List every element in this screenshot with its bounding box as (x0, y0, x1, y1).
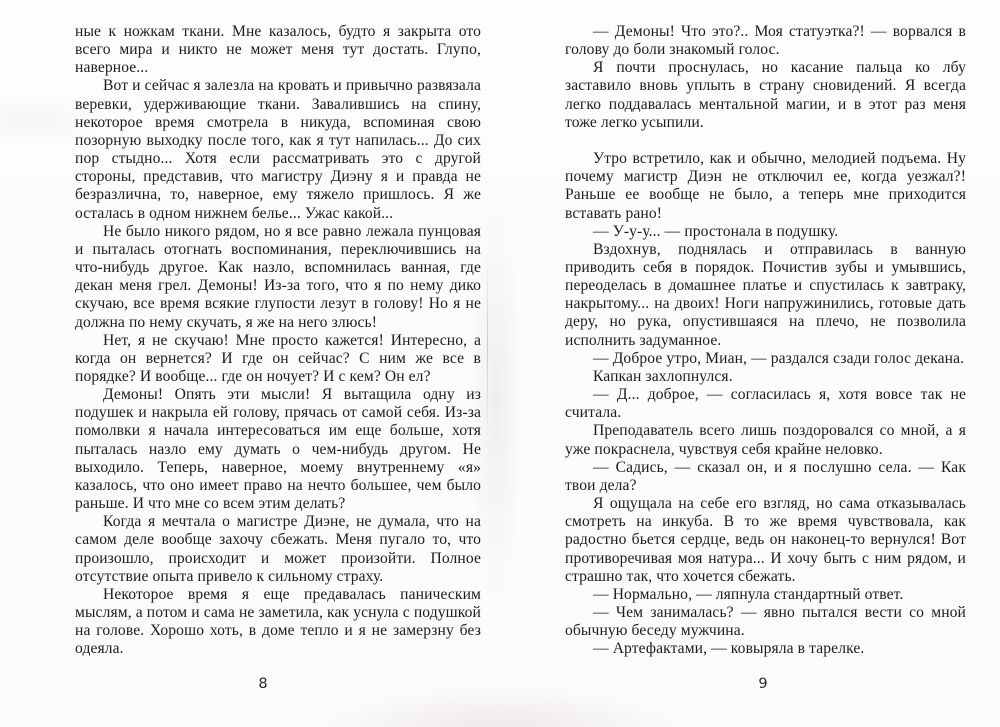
paragraph: — Артефактами, — ковыряла в тарелке. (565, 640, 966, 658)
page-left-text: ные к ножкам ткани. Мне казалось, будто … (75, 23, 481, 658)
page-number-left: 8 (60, 676, 466, 692)
paragraph: — У-у-у... — простонала в подушку. (565, 223, 966, 241)
paragraph: — Демоны! Что это?.. Моя статуэтка?! — в… (565, 23, 966, 59)
page-number-right: 9 (560, 676, 966, 692)
paragraph: — Доброе утро, Миан, — раздался сзади го… (565, 350, 966, 368)
paragraph: Я почти проснулась, но касание пальца ко… (565, 59, 966, 132)
paragraph: — Садись, — сказал он, и я послушно села… (565, 459, 966, 495)
paragraph: Утро встретило, как и обычно, мелодией п… (565, 150, 966, 223)
paragraph: Когда я мечтала о магистре Диэне, не дум… (75, 513, 481, 586)
paragraph: Не было никого рядом, но я все равно леж… (75, 223, 481, 332)
paragraph: Капкан захлопнулся. (565, 368, 966, 386)
paragraph: Преподаватель всего лишь поздоровался со… (565, 422, 966, 458)
paragraph: Вот и сейчас я залезла на кровать и прив… (75, 77, 481, 222)
page-right-text: — Демоны! Что это?.. Моя статуэтка?! — в… (565, 23, 966, 658)
paragraph: Демоны! Опять эти мысли! Я вытащила одну… (75, 386, 481, 513)
paragraph: — Д... доброе, — согласилась я, хотя вов… (565, 386, 966, 422)
paragraph: — Чем занималась? — явно пытался вести с… (565, 604, 966, 640)
paragraph: Нет, я не скучаю! Мне просто кажется! Ин… (75, 332, 481, 386)
paragraph: — Нормально, — ляпнула стандартный ответ… (565, 586, 966, 604)
page-gutter (487, 250, 488, 440)
paragraph: Вздохнув, поднялась и отправилась в ванн… (565, 241, 966, 350)
paragraph: ные к ножкам ткани. Мне казалось, будто … (75, 23, 481, 77)
book-scan: ные к ножкам ткани. Мне казалось, будто … (0, 0, 1000, 727)
paragraph: Я ощущала на себе его взгляд, но сама от… (565, 495, 966, 586)
paragraph: Некоторое время я еще предавалась паниче… (75, 586, 481, 659)
